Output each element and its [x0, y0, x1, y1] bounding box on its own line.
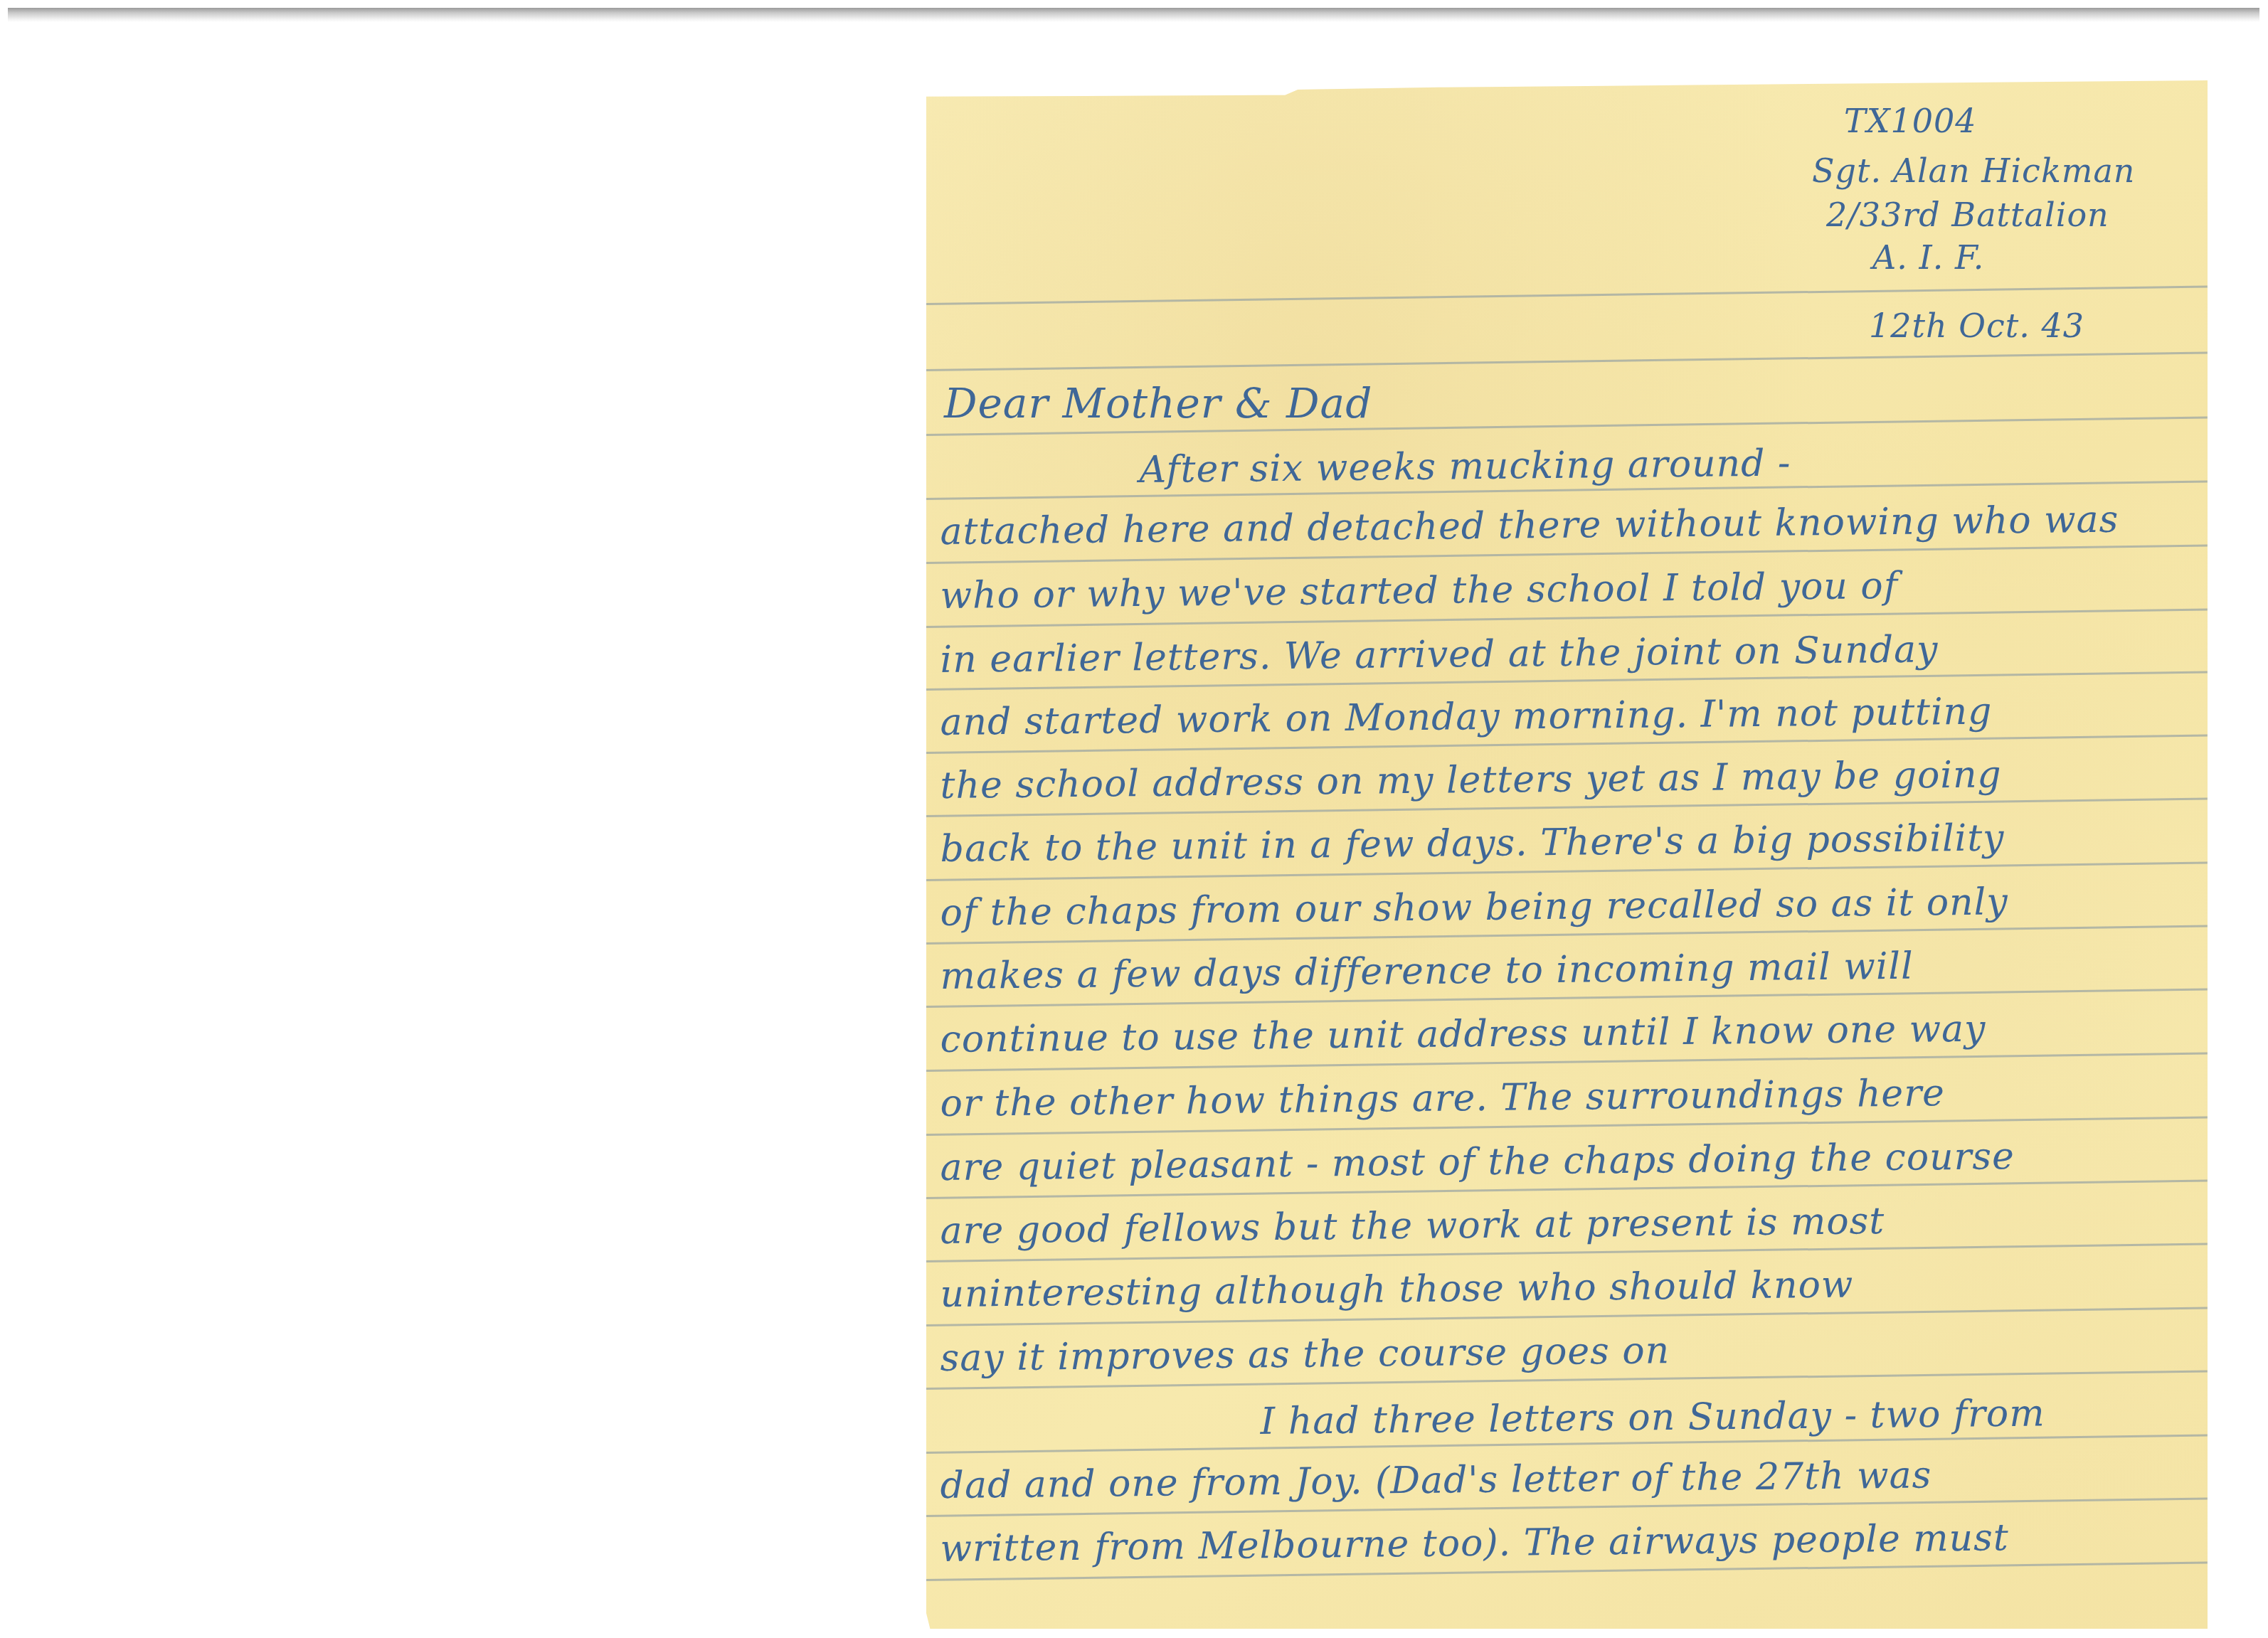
sender-unit: 2/33rd Battalion — [1826, 196, 2109, 234]
sender-force: A. I. F. — [1872, 238, 1984, 277]
body-line: are quiet pleasant - most of the chaps d… — [940, 1135, 2015, 1189]
letter-page: TX1004 Sgt. Alan Hickman 2/33rd Battalio… — [926, 80, 2208, 1629]
body-line: of the chaps from our show being recalle… — [940, 881, 2008, 935]
body-line: dad and one from Joy. (Dad's letter of t… — [940, 1454, 1931, 1507]
body-line: uninteresting although those who should … — [940, 1264, 1853, 1316]
ruled-line — [926, 285, 2208, 305]
body-line: and started work on Monday morning. I'm … — [940, 691, 1992, 744]
body-line: or the other how things are. The surroun… — [940, 1072, 1945, 1125]
ruled-line — [926, 351, 2208, 371]
body-line: who or why we've started the school I to… — [940, 565, 1898, 617]
body-line: After six weeks mucking around - — [1139, 442, 1791, 491]
body-line: say it improves as the course goes on — [940, 1329, 1670, 1380]
service-number: TX1004 — [1844, 102, 1977, 140]
body-line: in earlier letters. We arrived at the jo… — [940, 628, 1938, 681]
body-line: are good fellows but the work at present… — [940, 1200, 1885, 1253]
greeting: Dear Mother & Dad — [944, 379, 1372, 427]
scanner-shadow-band — [8, 8, 2259, 22]
body-line: continue to use the unit address until I… — [940, 1008, 1986, 1061]
sender-name: Sgt. Alan Hickman — [1812, 151, 2135, 190]
body-line: attached here and detached there without… — [940, 499, 2119, 553]
letter-date: 12th Oct. 43 — [1869, 307, 2084, 345]
body-line: back to the unit in a few days. There's … — [940, 817, 2005, 871]
body-line: the school address on my letters yet as … — [940, 753, 2002, 807]
body-line: makes a few days difference to incoming … — [940, 945, 1914, 998]
body-line: I had three letters on Sunday - two from — [1260, 1392, 2045, 1443]
body-line: written from Melbourne too). The airways… — [940, 1516, 2009, 1570]
